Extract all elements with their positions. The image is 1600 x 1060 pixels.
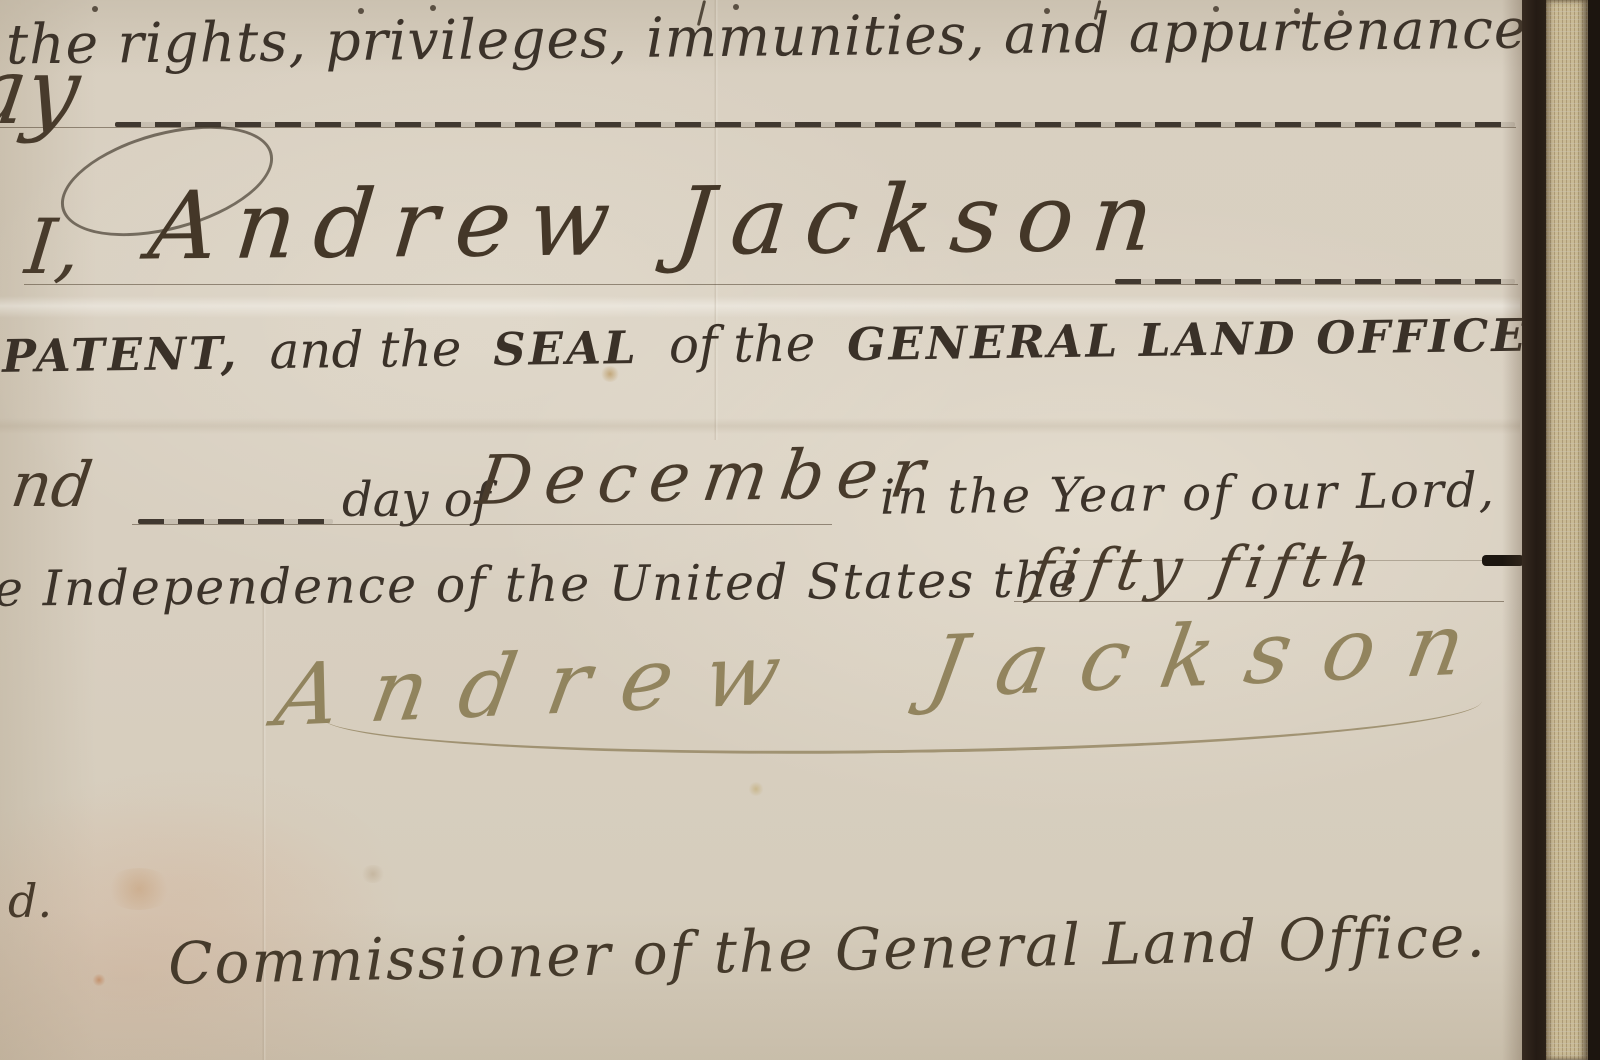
frame-outer-edge [1588, 0, 1600, 1060]
parchment-stain [92, 974, 106, 986]
handwritten-fragment-nd: nd [7, 448, 97, 521]
year-of-our-lord-text: in the Year of our Lord, [880, 462, 1496, 526]
handwritten-ordinal-fifty-fifth: fifty fifth [1026, 531, 1384, 605]
framed-document-photo: the rights, privileges, immunities, and … [0, 0, 1600, 1060]
handwritten-fragment-ay: ay [0, 38, 86, 145]
and-the-text: and the [269, 319, 462, 380]
handwritten-fragment-d: d. [8, 874, 52, 928]
seal-word: SEAL [493, 321, 639, 376]
ruled-line [24, 284, 1518, 285]
grantor-prefix: I, [21, 202, 85, 291]
ink-dash-fill [115, 122, 1515, 127]
ink-dash-fill [138, 519, 333, 524]
linen-mat-strip [1546, 0, 1588, 1060]
ink-dash-fill [1115, 279, 1515, 284]
day-of-label: day of [342, 472, 490, 528]
handwritten-month-december: December [472, 434, 942, 521]
patent-word: PATENT, [2, 327, 240, 383]
of-the-text: of the [668, 315, 815, 375]
paper-edge-shadow [1502, 0, 1522, 1060]
general-land-office-words: GENERAL LAND OFFICE [847, 309, 1529, 372]
parchment-stain [360, 865, 386, 883]
grantor-name-andrew-jackson: Andrew Jackson [144, 164, 1176, 282]
independence-line: e Independence of the United States the [0, 551, 1079, 617]
frame-fillet [1522, 0, 1546, 1060]
parchment-fold-shadow [0, 418, 1520, 434]
parchment-stain [748, 782, 764, 796]
parchment-stain [104, 868, 174, 910]
